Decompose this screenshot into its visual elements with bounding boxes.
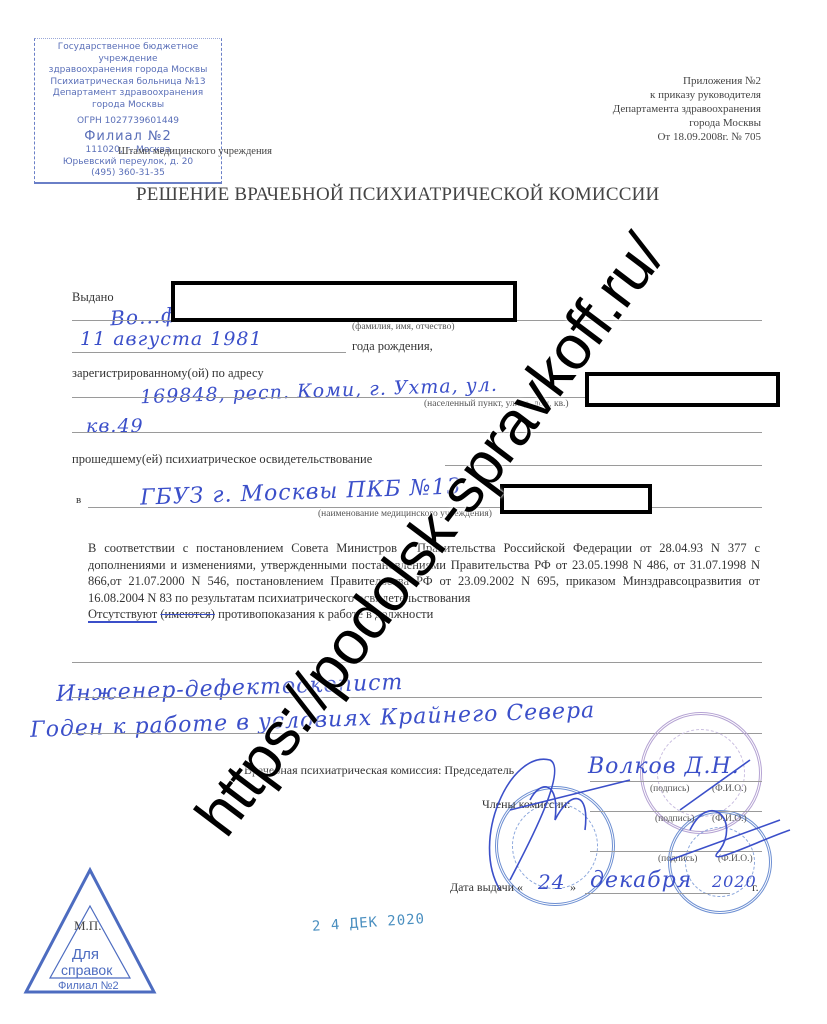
exam-label: прошедшему(ей) психиатрическое освидетел… xyxy=(72,452,372,467)
tri-line-2: справок xyxy=(61,962,112,978)
birth-handwritten: 11 августа 1981 xyxy=(80,328,263,350)
date-line xyxy=(585,893,730,894)
appendix-line: к приказу руководителя xyxy=(613,88,761,102)
tri-bottom: Филиал №2 xyxy=(58,980,119,992)
stamp-line: города Москвы xyxy=(35,100,221,112)
tri-line-1: Для xyxy=(72,946,99,963)
stamp-line: Государственное бюджетное учреждение xyxy=(35,42,221,65)
stamp-line: здравоохранения города Москвы xyxy=(35,65,221,77)
date-stamp: 2 4 ДЕК 2020 xyxy=(312,911,426,935)
absent-word: Отсутствуют xyxy=(88,607,157,623)
date-mid: » xyxy=(570,880,576,895)
stamp-line: Психиатрическая больница №13 xyxy=(35,77,221,89)
stamp-caption: Штамп медицинского учреждения xyxy=(118,146,272,157)
institution-stamp: Государственное бюджетное учреждение здр… xyxy=(34,38,222,184)
appendix-line: Приложения №2 xyxy=(613,74,761,88)
document-title: РЕШЕНИЕ ВРАЧЕБНОЙ ПСИХИАТРИЧЕСКОЙ КОМИСС… xyxy=(0,184,827,206)
redaction-box xyxy=(500,484,652,514)
appendix-line: города Москвы xyxy=(613,116,761,130)
date-suffix: г. xyxy=(752,880,759,895)
position-line-1 xyxy=(72,662,762,663)
date-year: 2020 xyxy=(712,872,757,891)
stamp-phone: (495) 360-31-35 xyxy=(35,168,221,180)
appendix-block: Приложения №2 к приказу руководителя Деп… xyxy=(613,74,761,144)
stamp-address-2: Юрьевский переулок, д. 20 xyxy=(35,157,221,169)
stamp-branch: Филиал №2 xyxy=(35,131,221,143)
address-label: зарегистрированному(ой) по адресу xyxy=(72,366,264,381)
stamp-line: Департамент здравоохранения xyxy=(35,88,221,100)
in-label: в xyxy=(76,494,81,506)
birth-label: года рождения, xyxy=(352,339,433,354)
address-line-2 xyxy=(72,432,762,433)
position-line-2 xyxy=(72,697,762,698)
date-month: декабря xyxy=(590,868,692,893)
redaction-box xyxy=(585,372,780,407)
fio-caption: (фамилия, имя, отчество) xyxy=(352,322,455,332)
date-label: Дата выдачи « xyxy=(450,880,523,895)
appendix-line: От 18.09.2008г. № 705 xyxy=(613,130,761,144)
address-handwritten-2: кв.49 xyxy=(86,415,144,437)
contra-line: Отсутствуют (имеются) противопоказания к… xyxy=(88,606,760,623)
appendix-line: Департамента здравоохранения xyxy=(613,102,761,116)
date-day: 24 xyxy=(538,870,565,894)
issued-label: Выдано xyxy=(72,290,114,305)
present-word: (имеются) xyxy=(160,607,215,621)
redaction-box xyxy=(171,281,517,322)
stamp-ogrn: ОГРН 1027739601449 xyxy=(35,116,221,128)
birth-line xyxy=(72,352,346,353)
mp-label: М.П. xyxy=(74,918,101,934)
